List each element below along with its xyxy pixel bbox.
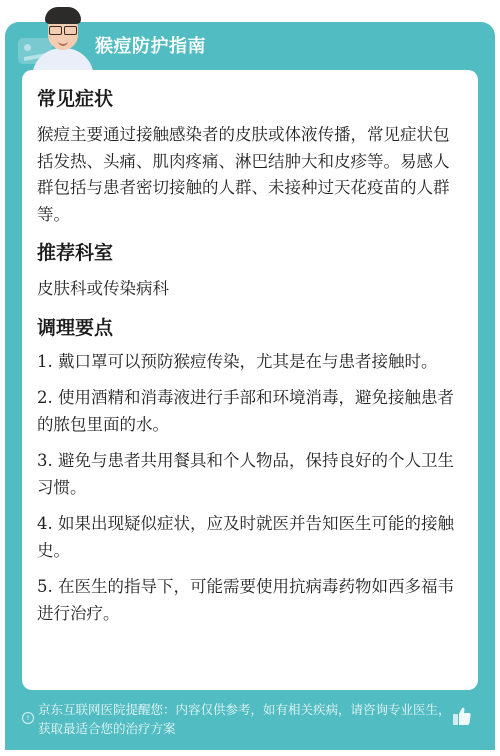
list-item: 2. 使用酒精和消毒液进行手部和环境消毒，避免接触患者的脓包里面的水。 [37, 385, 464, 438]
list-item: 3. 避免与患者共用餐具和个人物品，保持良好的个人卫生习惯。 [37, 448, 464, 501]
info-circle-icon: ! [22, 712, 34, 724]
glasses-icon [49, 26, 77, 34]
disclaimer-text: 京东互联网医院提醒您：内容仅供参考，如有相关疾病，请咨询专业医生，获取最适合您的… [22, 700, 452, 738]
doctor-avatar [28, 4, 98, 72]
item-number: 1. [37, 352, 53, 371]
item-text: 如果出现疑似症状，应及时就医并告知医生可能的接触史。 [37, 514, 454, 560]
care-list: 1. 戴口罩可以预防猴痘传染，尤其是在与患者接触时。 2. 使用酒精和消毒液进行… [37, 349, 464, 628]
department-text: 皮肤科或传染病科 [37, 276, 464, 303]
section-title-department: 推荐科室 [37, 236, 464, 270]
item-text: 在医生的指导下，可能需要使用抗病毒药物如西多福韦进行治疗。 [37, 577, 454, 623]
item-text: 避免与患者共用餐具和个人物品，保持良好的个人卫生习惯。 [37, 451, 454, 497]
page-title: 猴痘防护指南 [95, 32, 206, 58]
symptoms-text: 猴痘主要通过接触感染者的皮肤或体液传播，常见症状包括发热、头痛、肌肉疼痛、淋巴结… [37, 122, 464, 228]
item-text: 使用酒精和消毒液进行手部和环境消毒，避免接触患者的脓包里面的水。 [37, 388, 454, 434]
item-number: 4. [37, 514, 53, 533]
avatar-shirt [32, 48, 94, 72]
list-item: 1. 戴口罩可以预防猴痘传染，尤其是在与患者接触时。 [37, 349, 464, 376]
thumbs-up-icon[interactable] [452, 706, 472, 726]
section-title-care: 调理要点 [37, 311, 464, 345]
item-number: 5. [37, 577, 53, 596]
item-number: 3. [37, 451, 53, 470]
section-title-symptoms: 常见症状 [37, 82, 464, 116]
list-item: 4. 如果出现疑似症状，应及时就医并告知医生可能的接触史。 [37, 511, 464, 564]
item-number: 2. [37, 388, 53, 407]
disclaimer-footer: ! 京东互联网医院提醒您：内容仅供参考，如有相关疾病，请咨询专业医生，获取最适合… [22, 700, 452, 738]
avatar-hair [45, 7, 81, 24]
list-item: 5. 在医生的指导下，可能需要使用抗病毒药物如西多福韦进行治疗。 [37, 574, 464, 627]
content-card: 常见症状 猴痘主要通过接触感染者的皮肤或体液传播，常见症状包括发热、头痛、肌肉疼… [22, 70, 478, 690]
item-text: 戴口罩可以预防猴痘传染，尤其是在与患者接触时。 [53, 352, 438, 371]
